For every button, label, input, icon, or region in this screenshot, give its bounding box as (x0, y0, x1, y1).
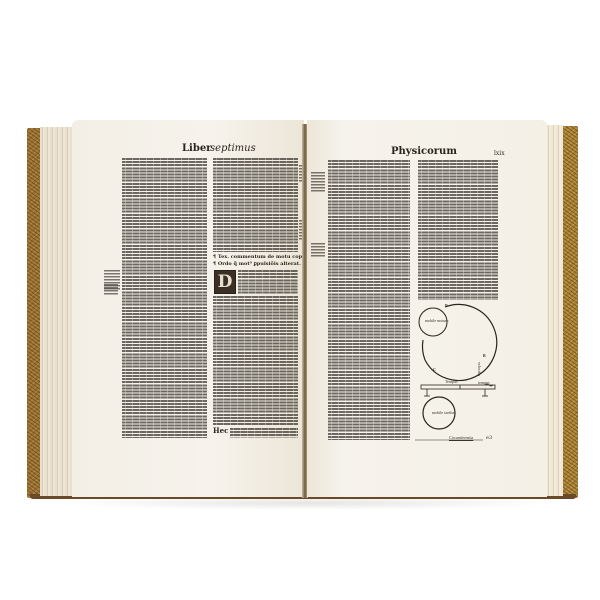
left-margin-note-2 (104, 284, 118, 296)
left-page-stack (40, 127, 74, 496)
signature-mark: e3 (486, 435, 492, 441)
left-page-closing-lines (230, 428, 298, 438)
decorated-initial: D (214, 270, 236, 294)
diagram-side-label: velocitas (477, 362, 482, 376)
diagram-bottom-label: Circumferentia (449, 435, 473, 440)
left-page-column-1 (122, 158, 207, 438)
left-running-head-liber: Liber (182, 143, 211, 154)
diagram-point-b-right: B (483, 353, 486, 358)
diagram-bar-right-label: tempus (478, 380, 490, 385)
diagram-lower-circle-label: mobile tardius (432, 410, 455, 415)
right-page-stack (546, 125, 563, 496)
right-running-head: Physicorum (391, 146, 457, 157)
diagram-bar-label: Tempus (445, 379, 458, 384)
diagram-point-c: C (433, 367, 436, 372)
left-page-column-2-top (213, 158, 298, 252)
left-cover-edge (27, 128, 41, 498)
right-margin-note-2 (311, 243, 325, 257)
right-page-column-1 (328, 160, 410, 440)
section-heading-2: ¶ Ordo q̃ mot⁹ ꝑpulsiõis alterat. Tex. (213, 261, 314, 267)
left-page-column-2-body (213, 296, 298, 426)
diagram-point-b-top: B (445, 303, 448, 308)
left-page-column-2-beside-initial (238, 270, 298, 294)
right-margin-note-1 (311, 172, 325, 192)
right-cover-edge (562, 126, 578, 498)
right-page-column-2 (418, 160, 498, 300)
closing-word-hec: Hec (213, 426, 228, 435)
diagram-label-mobile-motum: mobile motum (425, 318, 448, 323)
left-running-head-septimus: septimus (210, 143, 256, 154)
folio-number: lxix (494, 150, 505, 157)
